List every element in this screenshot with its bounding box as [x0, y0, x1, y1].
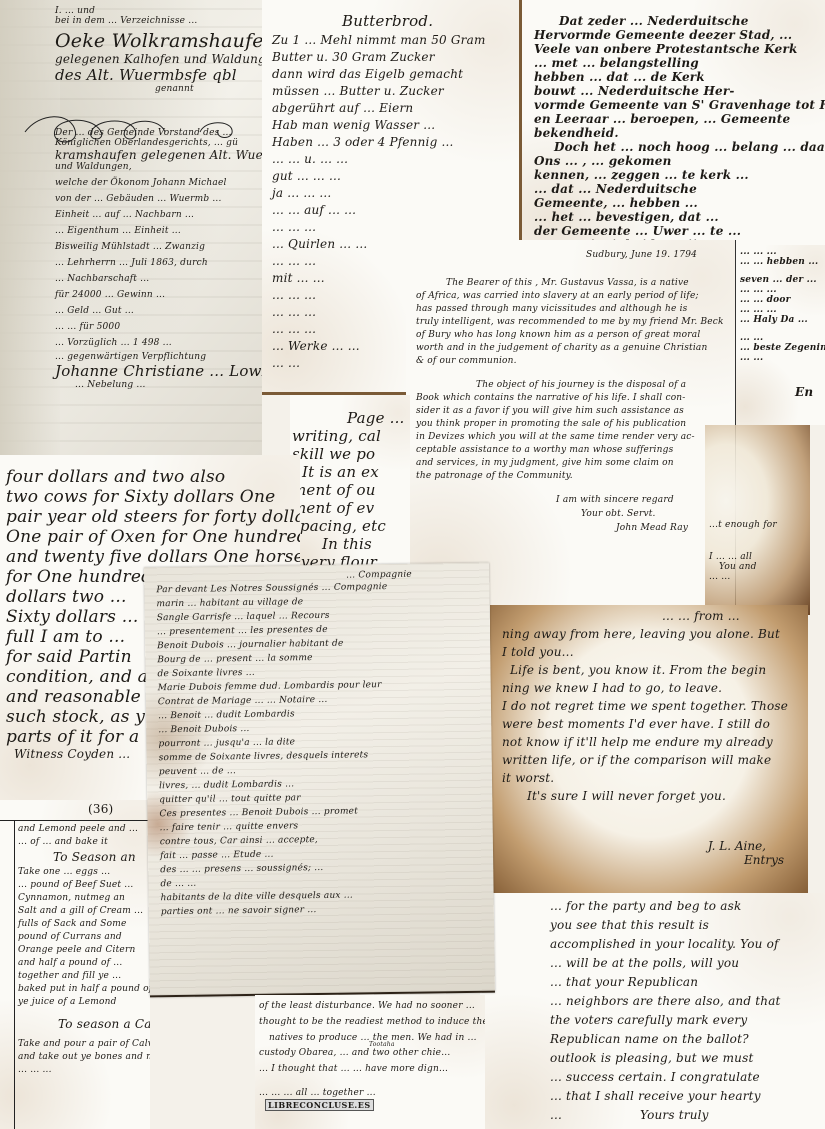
- doc-line: ... Lehrherrn ... Juli 1863, durch: [55, 258, 254, 268]
- recipe-line: fulls of Sack and Some: [18, 919, 146, 929]
- deed-line: parties ont ... ne savoir signer ...: [161, 903, 486, 918]
- letter-line: and services, in my judgment, give him s…: [416, 458, 725, 468]
- doc-line: Bisweilig Mühlstadt ... Zwanzig: [55, 242, 254, 252]
- deed-line: de Soixante livres ...: [157, 665, 482, 680]
- letter-line: ... success certain. I congratulate: [550, 1070, 815, 1084]
- letter-line: it worst.: [502, 771, 796, 785]
- doc-line: Butter u. 30 Gram Zucker: [272, 50, 509, 64]
- inventory-line: and twenty five dollars One horse: [6, 547, 294, 567]
- letter-line: I told you...: [502, 645, 796, 659]
- letter-line: you think proper in promoting the sale o…: [416, 419, 725, 429]
- deed-line: pourront ... jusqu'a ... la dite: [158, 735, 483, 750]
- deed-line: de ... ...: [160, 875, 485, 890]
- deed-line: Sangle Garrisfe ... laquel ... Recours: [157, 609, 482, 624]
- election-letter-sheet: ... for the party and beg to ask you see…: [480, 893, 825, 1129]
- recipe-line: baked put in half a pound of butter and: [18, 984, 146, 994]
- doc-line: ... ... ...: [740, 247, 821, 257]
- recipe-heading: To Season an: [18, 850, 146, 864]
- copybook-sheet: Page ... w writing, cal skill we po It i…: [290, 395, 410, 575]
- deed-line: Benoit Dubois ... journalier habitant de: [157, 637, 482, 652]
- letter-line: ning we knew I had to go, to leave.: [502, 681, 796, 695]
- letter-line: you see that this result is: [550, 918, 815, 932]
- doc-line: Page ... w: [292, 409, 408, 427]
- letter-line: of Africa, was carried into slavery at a…: [416, 291, 725, 301]
- journal-line: ... I thought that ... ... have more dig…: [259, 1064, 481, 1074]
- letter-line: the voters carefully mark every: [550, 1013, 815, 1027]
- doc-line: ... ...: [709, 572, 806, 582]
- doc-line: dann wird das Eigelb gemacht: [272, 67, 509, 81]
- deed-line: des ... ... presens ... soussignés; ...: [160, 861, 485, 876]
- recipe-line: Take one ... eggs ...: [18, 867, 146, 877]
- recipe-title: Butterbrod.: [272, 12, 509, 30]
- german-certificate-sheet: I. ... und bei in dem ... Verzeichnisse …: [0, 0, 262, 460]
- recipe-line: ... pound of Beef Suet ...: [18, 880, 146, 890]
- letter-line: written life, or if the comparison will …: [502, 753, 796, 767]
- deed-line: livres, ... dudit Lombardis ...: [159, 777, 484, 792]
- doc-line: In this: [292, 535, 408, 553]
- letter-signature: John Mead Ray: [416, 523, 725, 533]
- doc-line: bei in dem ... Verzeichnisse ...: [55, 16, 254, 26]
- deed-line: habitants de la dite ville desquels aux …: [161, 889, 486, 904]
- doc-line: ... Eigenthum ... Einheit ...: [55, 226, 254, 236]
- doc-line: und Waldungen,: [55, 162, 254, 172]
- deed-line: ... Benoit ... dudit Lombardis: [158, 707, 483, 722]
- doc-line: ...t enough for: [709, 520, 806, 530]
- doc-line: ... gegenwärtigen Verpflichtung: [55, 352, 254, 362]
- doc-line: You and: [709, 562, 806, 572]
- doc-line: gelegenen Kalhofen und Waldungen,: [55, 52, 254, 66]
- letter-signature: J. L. Aine,: [502, 839, 796, 853]
- doc-line: ... Nachbarschaft ...: [55, 274, 254, 284]
- doc-line: hebben ... dat ... de Kerk: [534, 70, 813, 84]
- doc-line: Dat zeder ... Nederduitsche: [534, 14, 813, 28]
- letter-line: truly intelligent, was recommended to me…: [416, 317, 725, 327]
- doc-line: des Alt. Wuermbsfe qbl: [55, 66, 254, 84]
- deed-line: Par devant Les Notres Soussignés ... Com…: [156, 581, 481, 596]
- doc-line: ... ... u. ... ...: [272, 152, 509, 166]
- deed-line: contre tous, Car ainsi ... accepte,: [160, 833, 485, 848]
- doc-line: ... ... auf ... ...: [272, 203, 509, 217]
- recipe-line: ... ... ...: [18, 1065, 146, 1075]
- doc-line: ... ... hebben ...: [740, 257, 821, 267]
- letter-line: The Bearer of this , Mr. Gustavus Vassa,…: [416, 278, 725, 288]
- doc-line: Veele van onbere Protestantsche Kerk: [534, 42, 813, 56]
- letter-line: ning away from here, leaving you alone. …: [502, 627, 796, 641]
- recipe-heading: To season a Calves foot pye: [18, 1017, 146, 1031]
- doc-line: Gemeente, ... hebben ...: [534, 196, 813, 210]
- letter-closing: I am with sincere regard: [416, 495, 725, 505]
- doc-line: ... Haly Da ...: [740, 315, 821, 325]
- recipe-line: ye juice of a Lemond: [18, 997, 146, 1007]
- letter-line: accomplished in your locality. You of: [550, 937, 815, 951]
- doc-line: Haben ... 3 oder 4 Pfennig ...: [272, 135, 509, 149]
- doc-line: ... Geld ... Gut ...: [55, 306, 254, 316]
- letter-line: not know if it'll help me endure my alre…: [502, 735, 796, 749]
- doc-line: welche der Ökonom Johann Michael: [55, 178, 254, 188]
- recipe-line: ... of ... and bake it: [18, 837, 146, 847]
- doc-line: kramshaufen gelegenen Alt. Wuermbsfe: [55, 148, 254, 162]
- doc-line: seven ... der ...: [740, 275, 821, 285]
- deed-line: somme de Soixante livres, desquels inter…: [159, 749, 484, 764]
- recipe-page-36: (36) and Lemond peele and ... ... of ...…: [0, 800, 150, 1129]
- recipe-line: Cynnamon, nutmeg an: [18, 893, 146, 903]
- deed-line: quitter qu'il ... tout quitte par: [159, 791, 484, 806]
- love-letter-sheet: ... ... from ... ning away from here, le…: [490, 605, 808, 895]
- doc-line: It is an ex: [292, 463, 408, 481]
- page-number: (36): [18, 802, 146, 816]
- doc-line: Hab man wenig Wasser ...: [272, 118, 509, 132]
- deed-line: Bourg de ... present ... la somme: [157, 651, 482, 666]
- doc-line: ... Vorzüglich ... 1 498 ...: [55, 338, 254, 348]
- doc-line: skill we po: [292, 445, 408, 463]
- letter-line: in Devizes which you will at the same ti…: [416, 432, 725, 442]
- doc-line: ... ... door: [740, 295, 821, 305]
- letter-line: of Bury who has long known him as a pers…: [416, 330, 725, 340]
- calligraphic-flourish-icon: [20, 112, 240, 148]
- letter-line: Republican name on the ballot?: [550, 1032, 815, 1046]
- doc-line: I ... ... all: [709, 552, 806, 562]
- letter-line: ... will be at the polls, will you: [550, 956, 815, 970]
- letter-line: ... neighbors are there also, and that: [550, 994, 815, 1008]
- inventory-line: pair year old steers for forty dollar: [6, 507, 294, 527]
- doc-line: müssen ... Butter u. Zucker: [272, 84, 509, 98]
- doc-line: ... ...: [740, 333, 821, 343]
- deed-line: Marie Dubois femme dud. Lombardis pour l…: [158, 679, 483, 694]
- doc-line: gut ... ... ...: [272, 169, 509, 183]
- dutch-letter-sheet: Dat zeder ... Nederduitsche Hervormde Ge…: [522, 0, 825, 245]
- letter-line: has passed through many vicissitudes and…: [416, 304, 725, 314]
- inventory-line: four dollars and two also: [6, 467, 294, 487]
- estate-title: Oeke Wolkramshaufen: [55, 30, 254, 52]
- doc-line: Ons ... , ... gekomen: [534, 154, 813, 168]
- recipe-line: pound of Currans and: [18, 932, 146, 942]
- signature-name: Johanne Christiane ... Lowzydorf: [55, 362, 254, 380]
- letter-line: Book which contains the narrative of his…: [416, 393, 725, 403]
- english-letter-sheet: Sudbury, June 19. 1794 The Bearer of thi…: [406, 240, 736, 612]
- doc-line: ... ... für 5000: [55, 322, 254, 332]
- letter-closing: Yours truly: [550, 1108, 815, 1122]
- doc-line: ... het ... bevestigen, dat ...: [534, 210, 813, 224]
- recipe-line: together and fill ye ...: [18, 971, 146, 981]
- journal-line: ... ... ... all ... together ...: [259, 1088, 481, 1098]
- doc-line: vormde Gemeente van S' Gravenhage tot He…: [534, 98, 813, 112]
- deed-line: ... faire tenir ... quitte envers: [160, 819, 485, 834]
- doc-line: von der ... Gebäuden ... Wuermb ...: [55, 194, 254, 204]
- deed-line: peuvent ... de ...: [159, 763, 484, 778]
- deed-line: marin ... habitant au village de: [156, 595, 481, 610]
- letter-dateline: Sudbury, June 19. 1794: [416, 250, 725, 260]
- letter-line: The object of his journey is the disposa…: [416, 380, 725, 390]
- doc-line: abgerührt auf ... Eiern: [272, 101, 509, 115]
- inventory-line: two cows for Sixty dollars One: [6, 487, 294, 507]
- doc-line: Einheit ... auf ... Nachbarn ...: [55, 210, 254, 220]
- letter-line: worth and in the judgement of charity as…: [416, 343, 725, 353]
- deed-line: ... presentement ... les presentes de: [157, 623, 482, 638]
- letter-line: the patronage of the Community.: [416, 471, 725, 481]
- doc-line: ... ... ...: [272, 220, 509, 234]
- doc-line: I. ... und: [55, 6, 254, 16]
- letter-line: & of our communion.: [416, 356, 725, 366]
- doc-line: writing, cal: [292, 427, 408, 445]
- doc-line: ... met ... belangstelling: [534, 56, 813, 70]
- letter-line: ceptable assistance to a worthy man whos…: [416, 445, 725, 455]
- deed-line: Contrat de Mariage ... ... Notaire ...: [158, 693, 483, 708]
- doc-line: ... beste Zegeningen: [740, 343, 821, 353]
- doc-line: en Leeraar ... beroepen, ... Gemeente: [534, 112, 813, 126]
- doc-line: ment of ou: [292, 481, 408, 499]
- deed-line: Ces presentes ... Benoit Dubois ... prom…: [159, 805, 484, 820]
- recipe-line: Orange peele and Citern: [18, 945, 146, 955]
- doc-line: kennen, ... zeggen ... te kerk ...: [534, 168, 813, 182]
- doc-line: ... Nebelung ...: [55, 380, 254, 390]
- doc-line: En: [740, 385, 821, 399]
- doc-line: spacing, etc: [292, 517, 408, 535]
- recipe-line: and take out ye bones and mince ye: [18, 1052, 146, 1062]
- letter-line: Life is bent, you know it. From the begi…: [502, 663, 796, 677]
- deed-line: fait ... passe ... Etude ...: [160, 847, 485, 862]
- letter-line: I do not regret time we spent together. …: [502, 699, 796, 713]
- journal-line: thought to be the readiest method to ind…: [259, 1017, 481, 1027]
- recipe-line: and Lemond peele and ...: [18, 824, 146, 834]
- doc-line: ... ... ...: [740, 285, 821, 295]
- voyage-journal-sheet: of the least disturbance. We had no soon…: [255, 995, 485, 1129]
- letter-line: ... for the party and beg to ask: [550, 899, 815, 913]
- doc-line: ... ...: [740, 353, 821, 363]
- doc-line: ... dat ... Nederduitsche: [534, 182, 813, 196]
- doc-line: für 24000 ... Gewinn ...: [55, 290, 254, 300]
- doc-line: ja ... ... ...: [272, 186, 509, 200]
- letter-line: sider it as a favor if you will give him…: [416, 406, 725, 416]
- doc-line: Doch het ... noch hoog ... belang ... da…: [534, 140, 813, 154]
- letter-line: ... that I shall receive your hearty: [550, 1089, 815, 1103]
- journal-line: of the least disturbance. We had no soon…: [259, 1001, 481, 1011]
- doc-line: Zu 1 ... Mehl nimmt man 50 Gram: [272, 33, 509, 47]
- letter-line: outlook is pleasing, but we must: [550, 1051, 815, 1065]
- doc-line: ... ... ...: [740, 305, 821, 315]
- doc-line: bouwt ... Nederduitsche Her-: [534, 84, 813, 98]
- letter-line: were best moments I'd ever have. I still…: [502, 717, 796, 731]
- letter-signature-place: Entrys: [502, 853, 796, 867]
- doc-line: der Gemeente ... Uwer ... te ...: [534, 224, 813, 238]
- letter-valediction: Your obt. Servt.: [416, 509, 725, 519]
- recipe-line: and half a pound of ...: [18, 958, 146, 968]
- letter-line: ... that your Republican: [550, 975, 815, 989]
- french-deed-sheet: ... Compagnie Par devant Les Notres Sous…: [144, 563, 495, 998]
- doc-line: ment of ev: [292, 499, 408, 517]
- deed-line: ... Benoit Dubois ...: [158, 721, 483, 736]
- recipe-line: Take and pour a pair of Calves feet: [18, 1039, 146, 1049]
- inventory-line: One pair of Oxen for One hundred: [6, 527, 294, 547]
- dutch-letter-continuation: ... ... ... ... ... hebben ... seven ...…: [735, 245, 825, 425]
- doc-line: Hervormde Gemeente deezer Stad, ...: [534, 28, 813, 42]
- doc-line: genannt: [55, 84, 254, 94]
- doc-line: bekendheid.: [534, 126, 813, 140]
- recipe-line: Salt and a gill of Cream ...: [18, 906, 146, 916]
- letter-line: It's sure I will never forget you.: [502, 789, 796, 803]
- watermark-stamp: LIBRECONCLUSE.ES: [265, 1099, 374, 1111]
- rust-stained-fragment: ...t enough for I ... ... all You and ..…: [705, 425, 810, 615]
- journal-line: custody Obarea, ... and two other chie..…: [259, 1048, 481, 1058]
- letter-line: ... ... from ...: [502, 609, 796, 623]
